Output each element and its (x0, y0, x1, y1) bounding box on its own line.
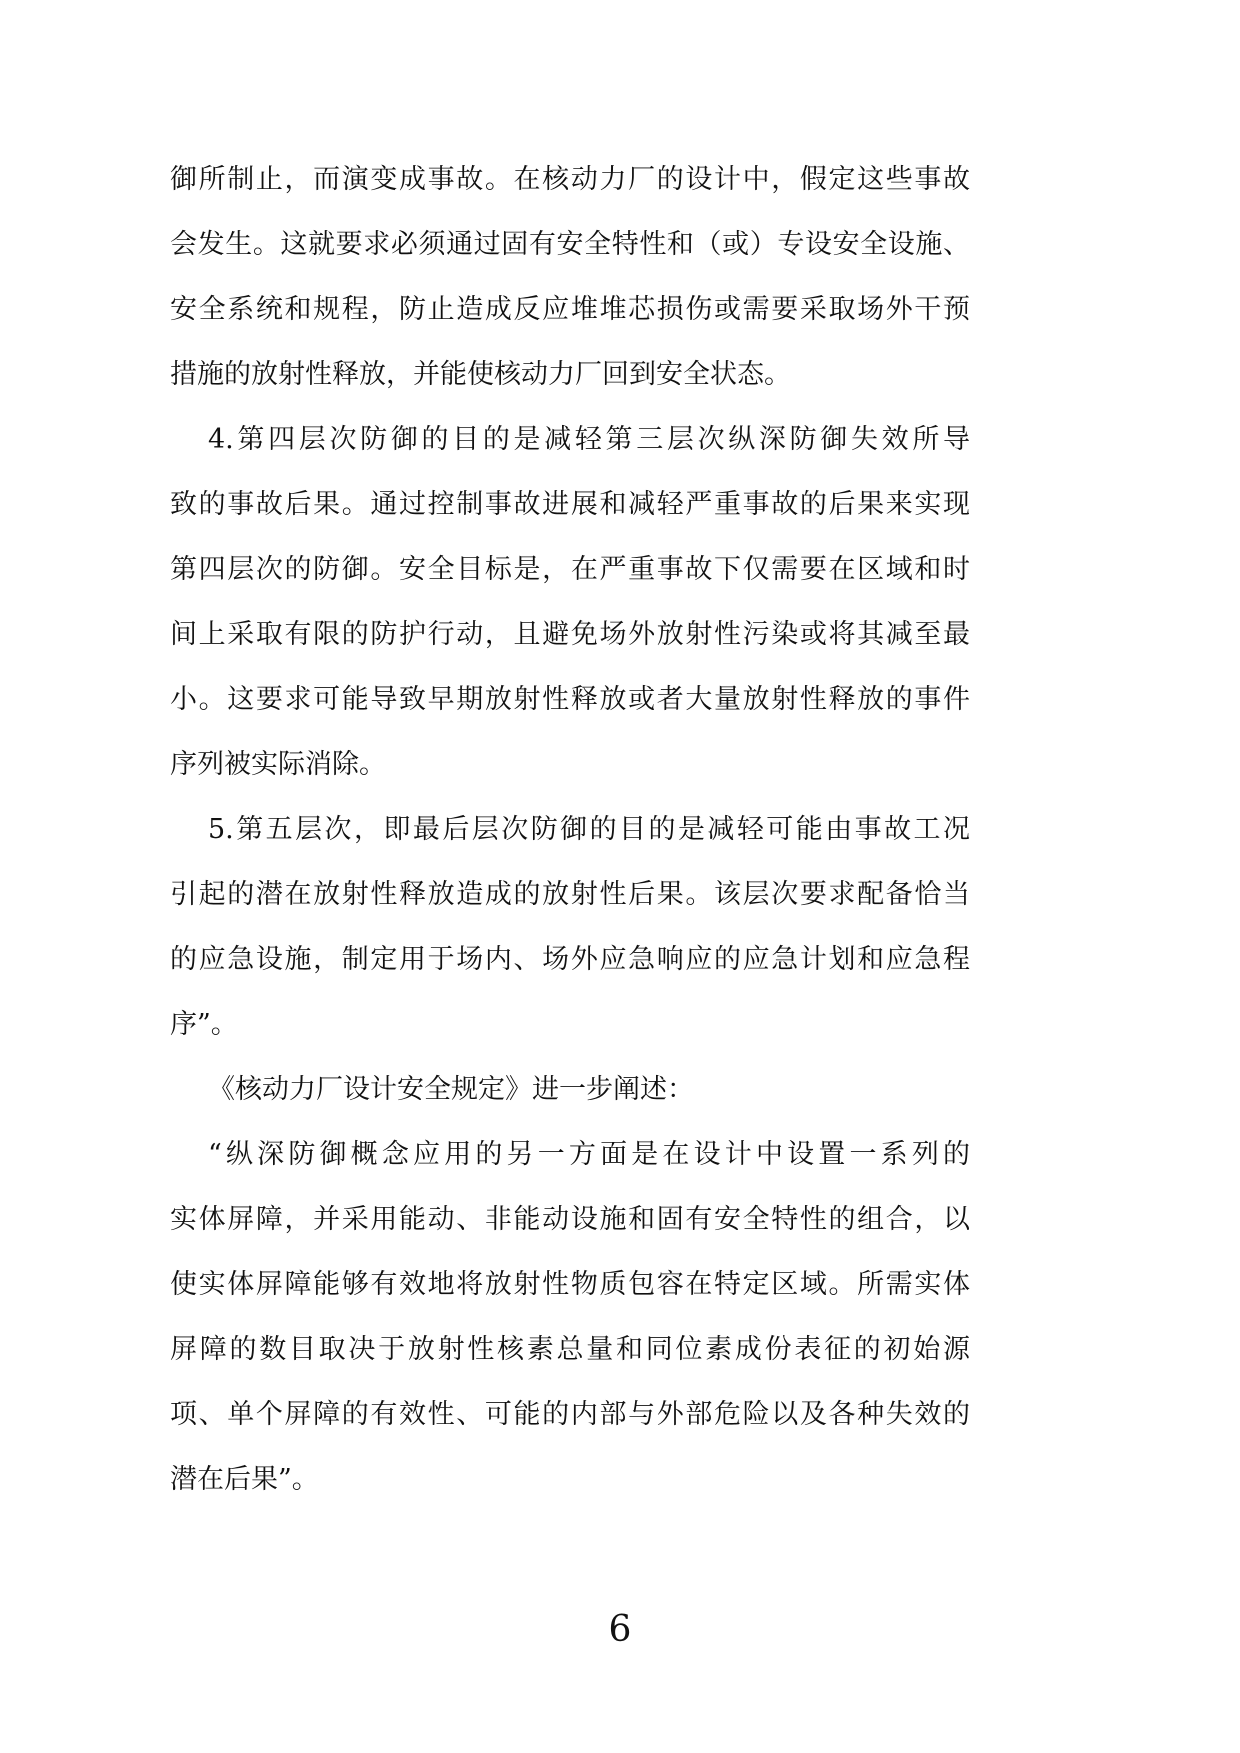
text-line: 间上采取有限的防护行动，且避免场外放射性污染或将其减至最 (170, 602, 970, 667)
text-line: 《核动力厂设计安全规定》进一步阐述： (170, 1057, 970, 1122)
text-line: 第四层次的防御。安全目标是，在严重事故下仅需要在区域和时 (170, 537, 970, 602)
text-line: 屏障的数目取决于放射性核素总量和同位素成份表征的初始源 (170, 1317, 970, 1382)
text-line: 措施的放射性释放，并能使核动力厂回到安全状态。 (170, 342, 970, 407)
text-line: 序”。 (170, 992, 970, 1057)
text-line: 的应急设施，制定用于场内、场外应急响应的应急计划和应急程 (170, 927, 970, 992)
text-line: 使实体屏障能够有效地将放射性物质包容在特定区域。所需实体 (170, 1252, 970, 1317)
page-footer: 6 (0, 1600, 1240, 1660)
text-line: 安全系统和规程，防止造成反应堆堆芯损伤或需要采取场外干预 (170, 277, 970, 342)
text-line: 小。这要求可能导致早期放射性释放或者大量放射性释放的事件 (170, 667, 970, 732)
text-line: 御所制止，而演变成事故。在核动力厂的设计中，假定这些事故 (170, 147, 970, 212)
text-line: “纵深防御概念应用的另一方面是在设计中设置一系列的 (170, 1122, 970, 1187)
text-line: 项、单个屏障的有效性、可能的内部与外部危险以及各种失效的 (170, 1382, 970, 1447)
text-line: 会发生。这就要求必须通过固有安全特性和（或）专设安全设施、 (170, 212, 970, 277)
text-line: 致的事故后果。通过控制事故进展和减轻严重事故的后果来实现 (170, 472, 970, 537)
text-line: 潜在后果”。 (170, 1447, 970, 1512)
text-line: 引起的潜在放射性释放造成的放射性后果。该层次要求配备恰当 (170, 862, 970, 927)
text-line: 实体屏障，并采用能动、非能动设施和固有安全特性的组合，以 (170, 1187, 970, 1252)
text-line: 4.第四层次防御的目的是减轻第三层次纵深防御失效所导 (170, 407, 970, 472)
page-number: 6 (609, 1609, 632, 1650)
document-body: 御所制止，而演变成事故。在核动力厂的设计中，假定这些事故 会发生。这就要求必须通… (170, 147, 970, 1512)
text-line: 5.第五层次，即最后层次防御的目的是减轻可能由事故工况 (170, 797, 970, 862)
text-line: 序列被实际消除。 (170, 732, 970, 797)
